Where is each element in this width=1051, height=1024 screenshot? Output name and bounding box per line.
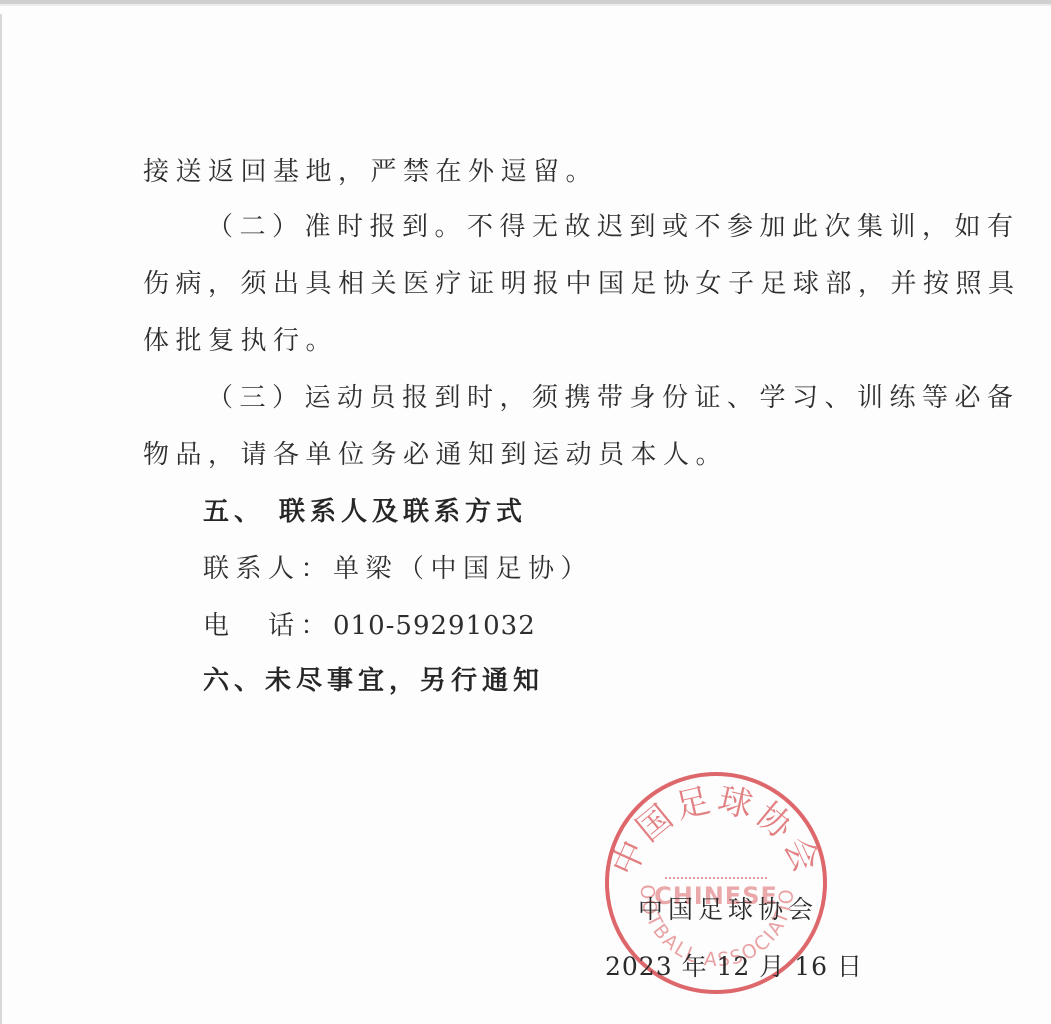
paragraph-line: （三）运动员报到时，须携带身份证、学习、训练等必备: [207, 381, 1020, 415]
signature-date: 2023 年 12 月 16 日: [605, 947, 863, 983]
phone-row: 电 话：010-59291032: [203, 609, 536, 643]
phone-label: 电 话：: [203, 611, 333, 641]
section-five-heading: 五、 联系人及联系方式: [203, 495, 527, 529]
paragraph-line: （二）准时报到。不得无故迟到或不参加此次集训，如有: [207, 210, 1020, 244]
section-six-heading: 六、未尽事宜，另行通知: [203, 664, 544, 698]
paragraph-line: 伤病，须出具相关医疗证明报中国足协女子足球部，并按照具: [143, 267, 1021, 301]
svg-text:中国足球协会: 中国足球协会: [604, 780, 827, 882]
paragraph-line: 物品，请各单位务必通知到运动员本人。: [143, 438, 728, 472]
contact-value: 单梁（中国足协）: [333, 554, 593, 584]
phone-value: 010-59291032: [333, 611, 536, 641]
document-page: 接送返回基地，严禁在外逗留。 （二）准时报到。不得无故迟到或不参加此次集训，如有…: [0, 0, 1051, 1024]
signature-organization: 中国足球协会: [638, 890, 818, 926]
paragraph-line: 接送返回基地，严禁在外逗留。: [143, 155, 598, 189]
contact-person-row: 联系人：单梁（中国足协）: [203, 552, 593, 586]
paragraph-line: 体批复执行。: [143, 324, 338, 358]
contact-label: 联系人：: [203, 554, 333, 584]
